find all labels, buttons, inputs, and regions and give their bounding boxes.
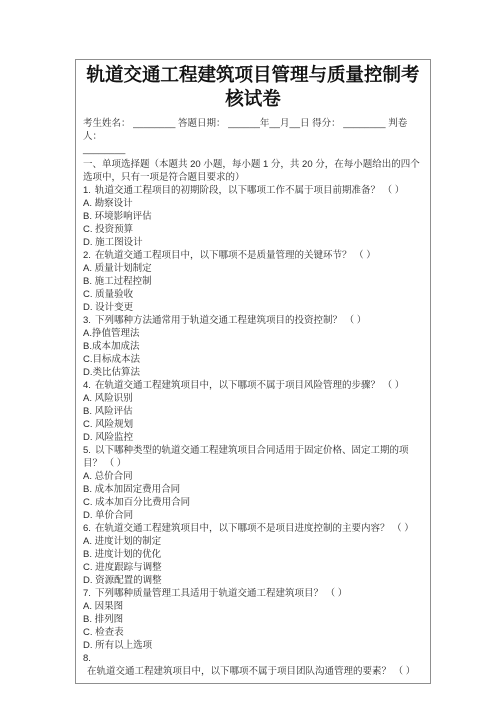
question-option: D. 单价合同 (83, 509, 423, 522)
question-option: B. 成本加固定费用合同 (83, 483, 423, 496)
candidate-info-line-2: ________ (83, 143, 423, 156)
question-option: C. 检查表 (83, 626, 423, 639)
exam-title: 轨道交通工程建筑项目管理与质量控制考核试卷 (83, 64, 423, 112)
question-number: 2. (83, 250, 91, 261)
question-option: D. 施工图设计 (83, 236, 423, 249)
question-option: A.挣值管理法 (83, 327, 423, 340)
question-option: A. 质量计划制定 (83, 262, 423, 275)
question-option: A. 勘察设计 (83, 197, 423, 210)
question-option: B. 进度计划的优化 (83, 548, 423, 561)
question-number: 6. (83, 523, 91, 534)
question-text: 4.在轨道交通工程建筑项目中，以下哪项不属于项目风险管理的步骤？ （ ） (83, 379, 423, 392)
candidate-info-line-1: 考生姓名： ________ 答题日期： ______年__月__日 得分： _… (83, 117, 423, 143)
question-item: 5.以下哪种类型的轨道交通工程建筑项目合同适用于固定价格、固定工期的项目？ （ … (83, 444, 423, 522)
question-text: 7.下列哪种质量管理工具适用于轨道交通工程建筑项目？ （ ） (83, 587, 423, 600)
exam-sheet: 轨道交通工程建筑项目管理与质量控制考核试卷 考生姓名： ________ 答题日… (75, 59, 431, 684)
question-body: 在轨道交通工程建筑项目中，以下哪项不是项目进度控制的主要内容？ （ ） (95, 523, 414, 534)
question-number: 1. (83, 185, 91, 196)
question-body: 在轨道交通工程建筑项目中，以下哪项不属于项目团队沟通管理的要素？ （ ） (87, 666, 415, 677)
page: { "page": { "background_color": "#ffffff… (0, 0, 500, 707)
question-item: 3.下列哪种方法通常用于轨道交通工程建筑项目的投资控制？ （ ）A.挣值管理法B… (83, 314, 423, 379)
question-item: 2.在轨道交通工程项目中，以下哪项不是质量管理的关键环节？ （ ）A. 质量计划… (83, 249, 423, 314)
question-item: 8.在轨道交通工程建筑项目中，以下哪项不属于项目团队沟通管理的要素？ （ ） (83, 652, 423, 678)
question-item: 6.在轨道交通工程建筑项目中，以下哪项不是项目进度控制的主要内容？ （ ）A. … (83, 522, 423, 587)
question-body: 下列哪种方法通常用于轨道交通工程建筑项目的投资控制？ （ ） (95, 315, 366, 326)
question-number: 4. (83, 380, 91, 391)
question-item: 7.下列哪种质量管理工具适用于轨道交通工程建筑项目？ （ ）A. 因果图B. 排… (83, 587, 423, 652)
question-option: D. 资源配置的调整 (83, 574, 423, 587)
question-option: C. 风险规划 (83, 418, 423, 431)
question-number: 8. (83, 653, 91, 664)
question-item: 4.在轨道交通工程建筑项目中，以下哪项不属于项目风险管理的步骤？ （ ）A. 风… (83, 379, 423, 444)
question-body: 轨道交通工程项目的初期阶段，以下哪项工作不属于项目前期准备？ （ ） (95, 185, 404, 196)
question-option: C. 投资预算 (83, 223, 423, 236)
question-option: A. 风险识别 (83, 392, 423, 405)
question-text: 8.在轨道交通工程建筑项目中，以下哪项不属于项目团队沟通管理的要素？ （ ） (83, 652, 423, 678)
question-text: 5.以下哪种类型的轨道交通工程建筑项目合同适用于固定价格、固定工期的项目？ （ … (83, 444, 423, 470)
question-option: B.成本加成法 (83, 340, 423, 353)
question-option: A. 进度计划的制定 (83, 535, 423, 548)
question-option: B. 排列图 (83, 613, 423, 626)
question-option: D. 风险监控 (83, 431, 423, 444)
question-number: 3. (83, 315, 91, 326)
question-text: 3.下列哪种方法通常用于轨道交通工程建筑项目的投资控制？ （ ） (83, 314, 423, 327)
question-option: A. 因果图 (83, 600, 423, 613)
question-option: C. 进度跟踪与调整 (83, 561, 423, 574)
question-option: D. 设计变更 (83, 301, 423, 314)
section-intro: 一、单项选择题（本题共 20 小题，每小题 1 分，共 20 分，在每小题给出的… (83, 158, 423, 184)
question-text: 6.在轨道交通工程建筑项目中，以下哪项不是项目进度控制的主要内容？ （ ） (83, 522, 423, 535)
question-number: 5. (83, 445, 91, 456)
question-option: A. 总价合同 (83, 470, 423, 483)
question-option: C. 成本加百分比费用合同 (83, 496, 423, 509)
question-body: 下列哪种质量管理工具适用于轨道交通工程建筑项目？ （ ） (95, 588, 347, 599)
question-option: D. 所有以上选项 (83, 639, 423, 652)
question-option: D.类比估算法 (83, 366, 423, 379)
question-option: B. 环境影响评估 (83, 210, 423, 223)
question-option: B. 施工过程控制 (83, 275, 423, 288)
question-option: C. 质量验收 (83, 288, 423, 301)
question-body: 以下哪种类型的轨道交通工程建筑项目合同适用于固定价格、固定工期的项目？ （ ） (83, 445, 408, 469)
question-item: 1.轨道交通工程项目的初期阶段，以下哪项工作不属于项目前期准备？ （ ）A. 勘… (83, 184, 423, 249)
question-text: 2.在轨道交通工程项目中，以下哪项不是质量管理的关键环节？ （ ） (83, 249, 423, 262)
question-option: B. 风险评估 (83, 405, 423, 418)
question-list: 1.轨道交通工程项目的初期阶段，以下哪项工作不属于项目前期准备？ （ ）A. 勘… (83, 184, 423, 678)
question-number: 7. (83, 588, 91, 599)
question-text: 1.轨道交通工程项目的初期阶段，以下哪项工作不属于项目前期准备？ （ ） (83, 184, 423, 197)
question-body: 在轨道交通工程建筑项目中，以下哪项不属于项目风险管理的步骤？ （ ） (95, 380, 404, 391)
question-body: 在轨道交通工程项目中，以下哪项不是质量管理的关键环节？ （ ） (95, 250, 376, 261)
candidate-info-row: 考生姓名： ________ 答题日期： ______年__月__日 得分： _… (83, 117, 423, 156)
question-option: C.目标成本法 (83, 353, 423, 366)
